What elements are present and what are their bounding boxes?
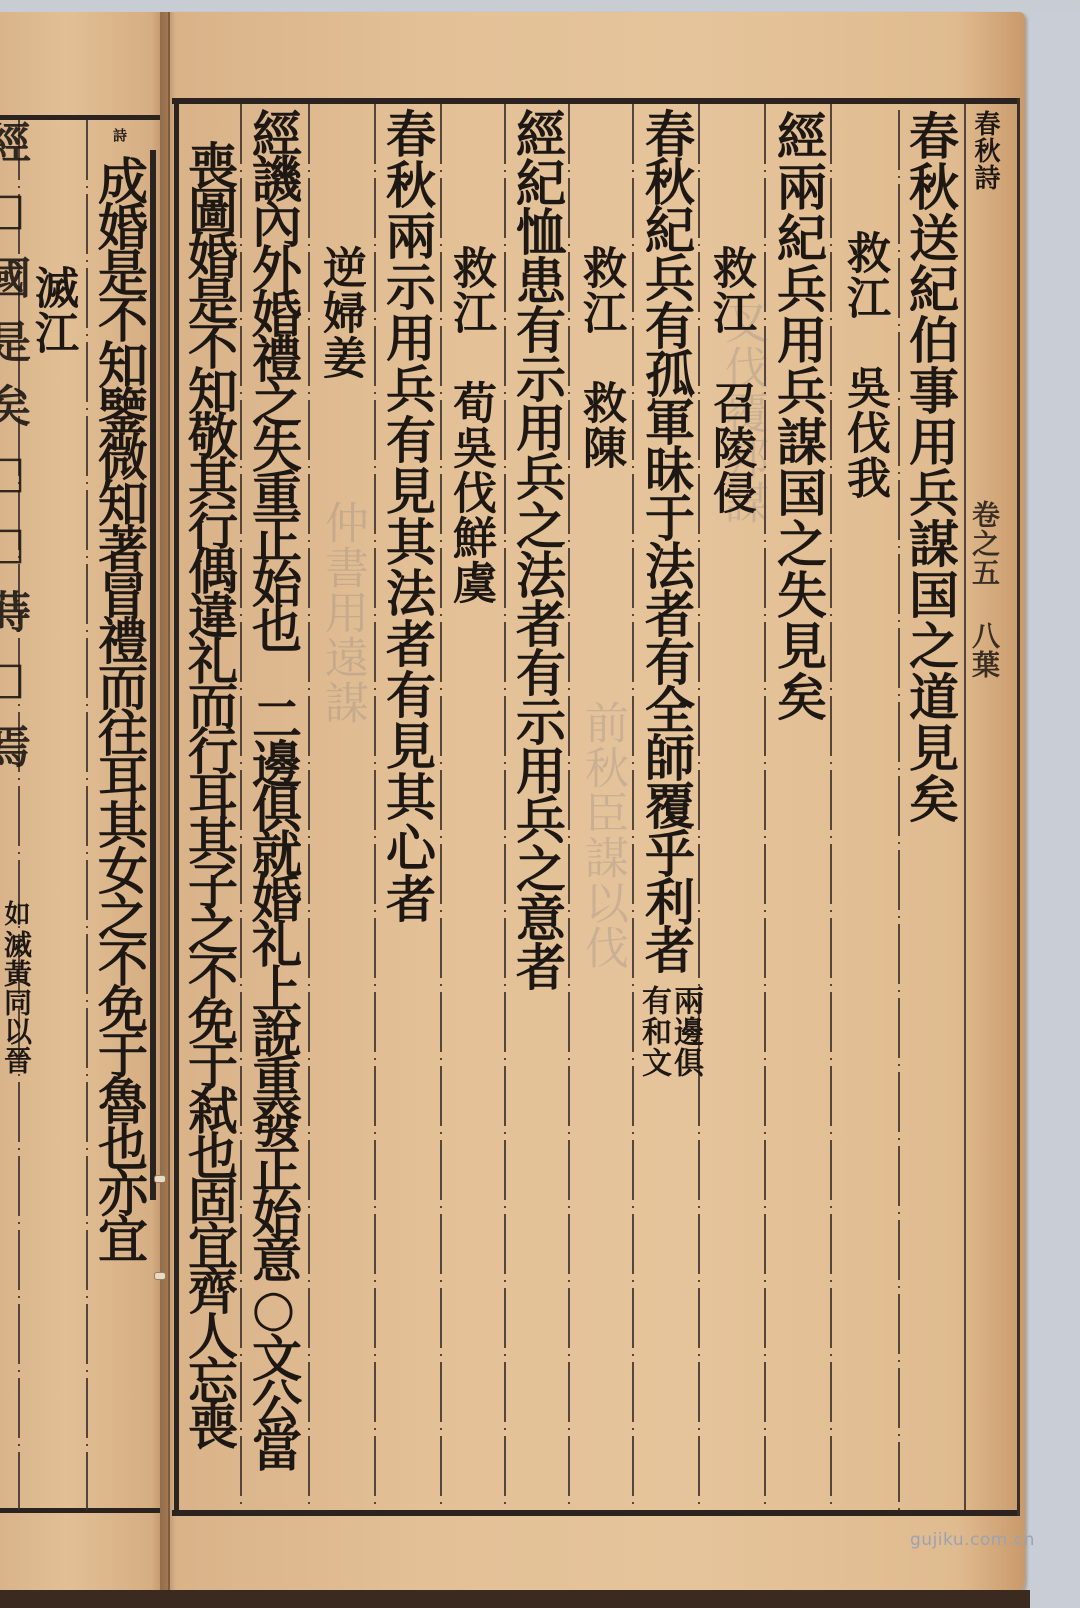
text-column-11: 經譏內外婚禮之失重正始也 二邊俱就婚礼上說重發正始意○文公當 [248,108,298,1467]
column-rule [698,104,700,1510]
scanner-background [0,0,1080,12]
text-column-3: 經兩紀兵用兵謀国之失見矣 [773,110,823,722]
text-column-9: 春秋兩示用兵有見其法者有見其心者 [382,108,432,924]
left-text-column-2: 滅江 [30,265,74,355]
column-rule [568,104,570,1510]
binding-stitch [154,1272,166,1280]
text-column-7: 經紀恤患有示用兵之法者有示用兵之意者 [512,108,562,990]
column-rule [440,104,442,1510]
bottom-edge [0,1590,1030,1608]
frame-left-border [174,98,179,1516]
frame-top-border [172,98,1020,104]
text-column-1: 春秋送紀伯事用兵謀国之道見矣 [905,110,955,824]
column-rule [374,104,376,1510]
column-rule [504,104,506,1510]
small-note-1: 兩邊俱 [670,985,700,1078]
fold-label: 卷之五 八葉 [970,500,998,679]
margin-header: 春秋詩 [972,110,998,191]
small-note-2: 有和文 [638,985,668,1078]
left-leaf-thick-rule [150,150,156,1200]
left-small-note-2: 滅黃同以晉 [2,930,30,1075]
column-rule [308,104,310,1510]
text-column-6: 救江 救陳 [578,245,622,470]
column-rule [240,104,242,1510]
bleed-through-text: 仲書用遠謀 [320,500,364,725]
text-column-5: 春秋紀兵有孤軍昧于法者有全師覆乎利者 [641,108,691,972]
column-rule [830,104,832,1510]
text-column-12: 喪圖婚是不知敬其行偶違礼而行耳其子之不免于弒也固宜齊人忘喪 [184,140,234,1445]
left-frame-bottom-border [0,1508,160,1513]
text-column-8: 救江 荀吳伐鮮虞 [448,245,492,605]
watermark: gujiku.com.cn [910,1530,1035,1550]
bleed-through-text: 前秋臣謀以伐 [580,700,624,970]
column-rule [632,104,634,1510]
book-scan: 叉伐覆邦謀 前秋臣謀以伐 仲書用遠謀 春秋詩 卷之五 八葉 春秋送紀伯事用兵謀国… [0,0,1080,1608]
column-rule [964,104,966,1510]
left-small-note-1: 如 [2,900,28,927]
frame-right-border [1017,98,1020,1516]
binding-stitch [154,1175,166,1183]
left-head-note: 詩 [112,128,126,143]
column-rule [898,110,900,1510]
text-column-4: 救江 召陵侵 [708,245,752,515]
text-column-10: 逆婦姜 [318,245,362,380]
left-text-column-3: 經□國是矣□□蒔□焉 [0,120,26,788]
left-column-rule [86,120,88,1510]
frame-bottom-border [172,1510,1020,1516]
text-column-2: 救江 吳伐我 [842,230,886,500]
left-text-column-1: 成婚是不知鑒微知著冒禮而往耳其女之不免于魯也亦宜 [94,155,144,1259]
